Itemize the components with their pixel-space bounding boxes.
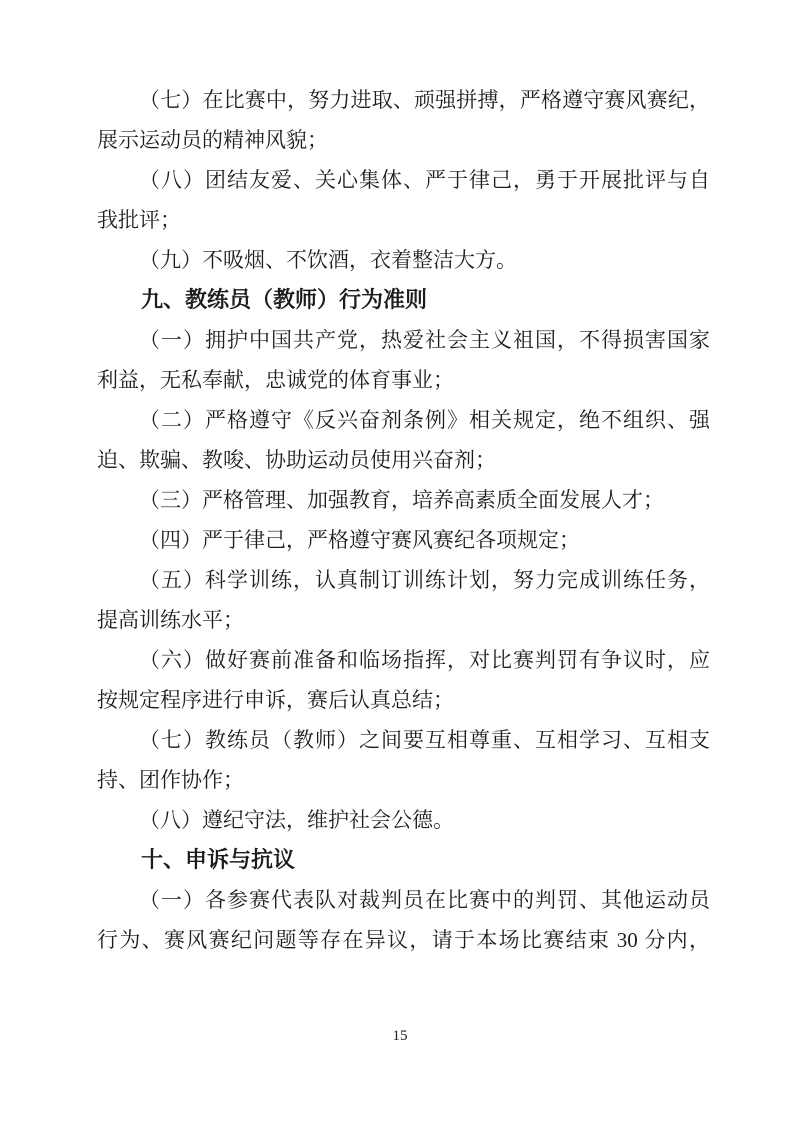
paragraph-line: （四）严于律己，严格遵守赛风赛纪各项规定； <box>97 520 710 560</box>
paragraph-line: （七）在比赛中，努力进取、顽强拼搏，严格遵守赛风赛纪， <box>97 80 710 120</box>
paragraph-line: 展示运动员的精神风貌； <box>97 120 710 160</box>
paragraph-line: 迫、欺骗、教唆、协助运动员使用兴奋剂； <box>97 440 710 480</box>
paragraph-line: （一）各参赛代表队对裁判员在比赛中的判罚、其他运动员 <box>97 880 710 920</box>
paragraph-line: 行为、赛风赛纪问题等存在异议，请于本场比赛结束 30 分内， <box>97 920 710 960</box>
paragraph-line: 利益，无私奉献，忠诚党的体育事业； <box>97 360 710 400</box>
section-heading-coach-conduct: 九、教练员（教师）行为准则 <box>97 280 710 320</box>
paragraph-line: （一）拥护中国共产党，热爱社会主义祖国，不得损害国家 <box>97 320 710 360</box>
paragraph-line: 持、团作协作； <box>97 760 710 800</box>
paragraph-line: 按规定程序进行申诉，赛后认真总结； <box>97 680 710 720</box>
paragraph-line: （六）做好赛前准备和临场指挥，对比赛判罚有争议时，应 <box>97 640 710 680</box>
paragraph-line: （八）团结友爱、关心集体、严于律己，勇于开展批评与自 <box>97 160 710 200</box>
paragraph-line: 我批评； <box>97 200 710 240</box>
paragraph-line: （二）严格遵守《反兴奋剂条例》相关规定，绝不组织、强 <box>97 400 710 440</box>
paragraph-line: （九）不吸烟、不饮酒，衣着整洁大方。 <box>97 240 710 280</box>
paragraph-line: （三）严格管理、加强教育，培养高素质全面发展人才； <box>97 480 710 520</box>
paragraph-line: 提高训练水平； <box>97 600 710 640</box>
document-body: （七）在比赛中，努力进取、顽强拼搏，严格遵守赛风赛纪， 展示运动员的精神风貌； … <box>97 80 710 960</box>
page-number: 15 <box>0 1028 800 1045</box>
paragraph-line: （八）遵纪守法，维护社会公德。 <box>97 800 710 840</box>
paragraph-line: （五）科学训练，认真制订训练计划，努力完成训练任务， <box>97 560 710 600</box>
section-heading-appeals: 十、申诉与抗议 <box>97 840 710 880</box>
paragraph-line: （七）教练员（教师）之间要互相尊重、互相学习、互相支 <box>97 720 710 760</box>
document-page: （七）在比赛中，努力进取、顽强拼搏，严格遵守赛风赛纪， 展示运动员的精神风貌； … <box>0 0 800 1131</box>
